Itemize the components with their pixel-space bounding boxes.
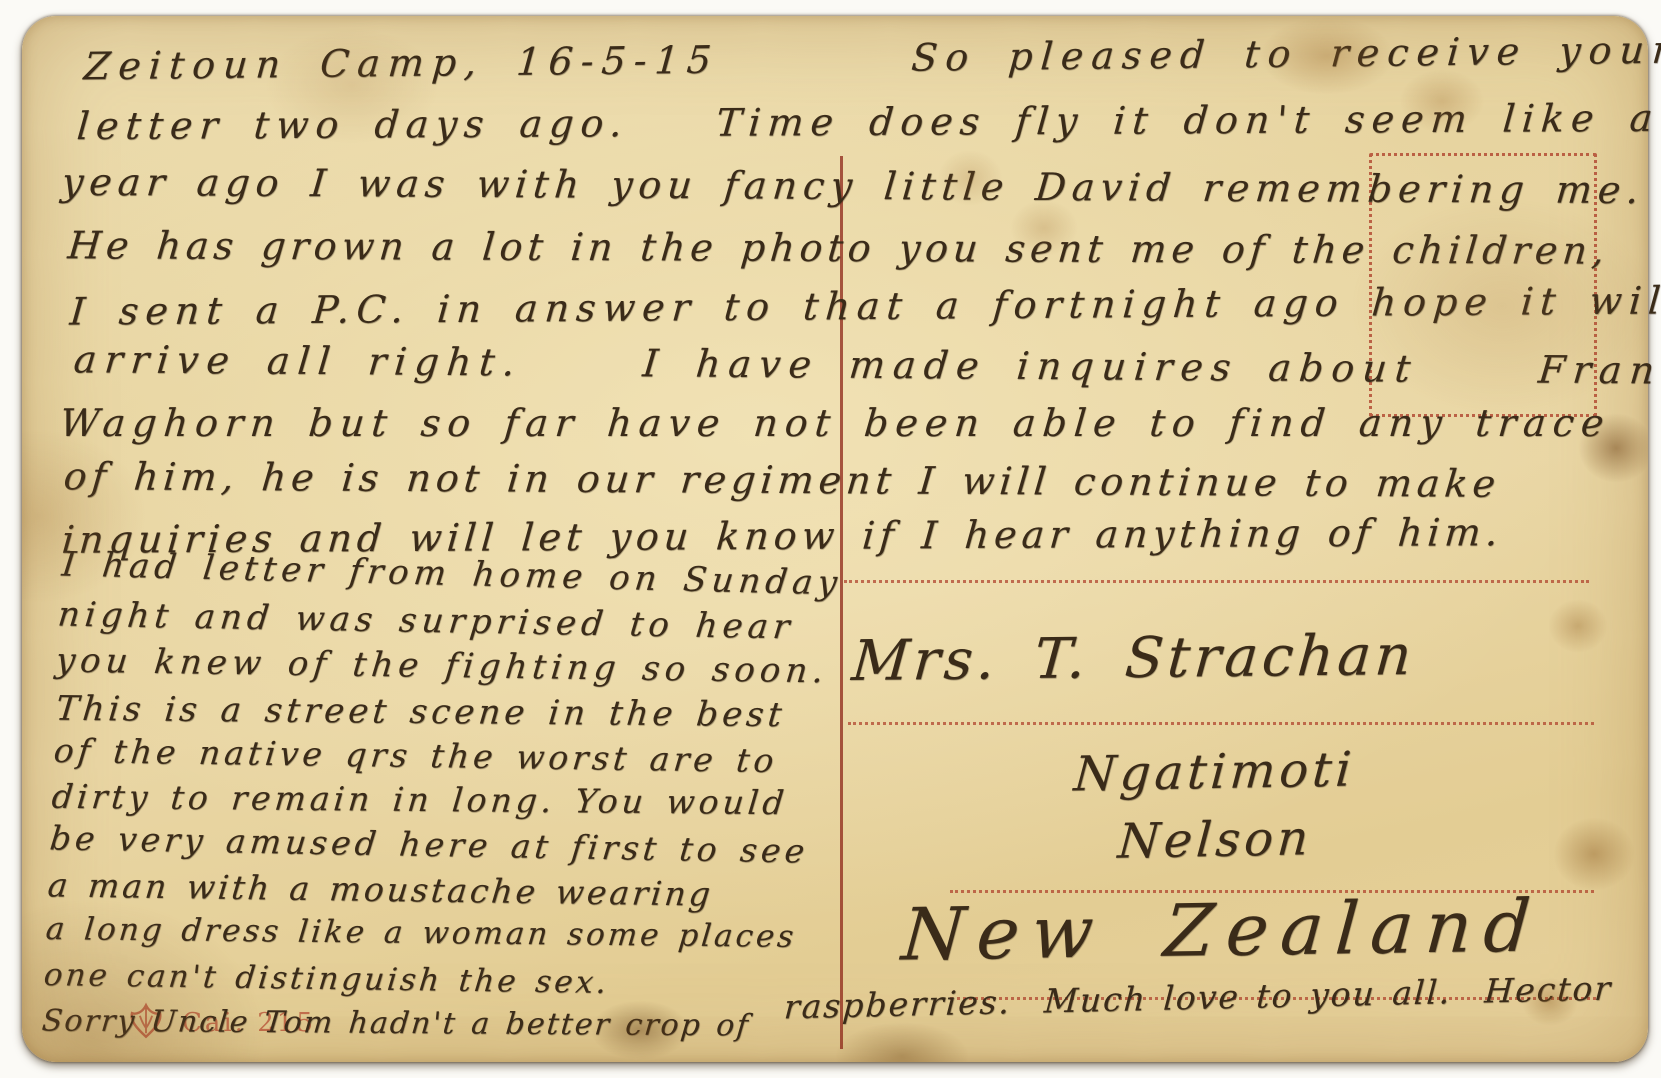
message-line: night and was surprised to hear bbox=[56, 595, 796, 648]
message-line: Sorry Uncle Tom hadn't a better crop of bbox=[40, 1004, 751, 1044]
message-line: Zeitoun Camp, 16-5-15 So pleased to rece… bbox=[82, 28, 1661, 89]
message-line: dirty to remain in long. You would bbox=[50, 777, 789, 822]
message-line: This is a street scene in the best bbox=[54, 689, 787, 735]
message-line: you knew of the fighting so soon. bbox=[54, 641, 830, 692]
message-line: a long dress like a woman some places bbox=[44, 911, 798, 955]
message-line: a man with a moustache wearing bbox=[46, 865, 715, 913]
postcard: Cai. 215 Zeitoun Camp, 16-5-15 So please… bbox=[22, 16, 1648, 1062]
address-rule-1 bbox=[844, 580, 1589, 583]
message-line: one can't distinguish the sex. bbox=[42, 957, 611, 1001]
message-line: of the native qrs the worst are to bbox=[52, 731, 779, 780]
message-line: year ago I was with you fancy little Dav… bbox=[60, 160, 1647, 212]
address-rule-2 bbox=[848, 722, 1594, 725]
address-line-name: Mrs. T. Strachan bbox=[850, 623, 1418, 694]
address-line-locality: Ngatimoti bbox=[1072, 742, 1357, 803]
message-closing-line: raspberries. Much love to you all. Hecto… bbox=[783, 969, 1614, 1027]
address-line-town: Nelson bbox=[1116, 810, 1314, 869]
message-line: Waghorn but so far have not been able to… bbox=[58, 401, 1613, 445]
address-line-country: New Zealand bbox=[899, 883, 1545, 976]
message-line: He has grown a lot in the photo you sent… bbox=[66, 223, 1611, 272]
message-line: letter two days ago. Time does fly it do… bbox=[75, 96, 1661, 148]
message-line: of him, he is not in our regiment I will… bbox=[62, 454, 1502, 505]
message-line: be very amused here at first to see bbox=[48, 818, 810, 870]
